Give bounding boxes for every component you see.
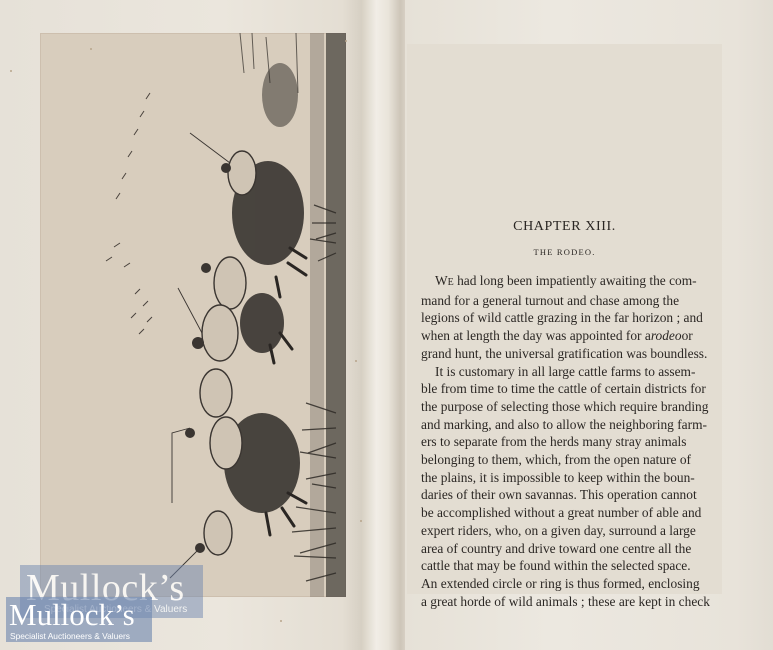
text-line: daries of their own savannas. This opera… bbox=[421, 486, 718, 504]
text-line: legions of wild cattle grazing in the fa… bbox=[421, 309, 718, 327]
engraving-plate bbox=[40, 33, 346, 597]
text-line: a great horde of wild animals ; these ar… bbox=[421, 593, 718, 611]
text-line: the purpose of selecting those which req… bbox=[421, 398, 718, 416]
text-line: It is customary in all large cattle farm… bbox=[421, 363, 718, 381]
book-gutter bbox=[362, 0, 410, 650]
body-text: WE had long been impatiently awaiting th… bbox=[421, 272, 718, 610]
text-line: and marking, and also to allow the neigh… bbox=[421, 416, 718, 434]
text-line: be accomplished without a great number o… bbox=[421, 504, 718, 522]
book-spread: CHAPTER XIII. THE RODEO. WE had long bee… bbox=[0, 0, 773, 650]
watermark-tagline: Specialist Auctioneers & Valuers bbox=[6, 631, 152, 641]
engraving-illustration-icon bbox=[40, 33, 346, 597]
text-line: the plains, it is impossible to keep wit… bbox=[421, 469, 718, 487]
italic-term: rodeo bbox=[651, 328, 682, 343]
text-line: cattle that may be found within the sele… bbox=[421, 557, 718, 575]
text-line: WE had long been impatiently awaiting th… bbox=[421, 272, 718, 292]
text-line: mand for a general turnout and chase amo… bbox=[421, 292, 718, 310]
text-line: expert riders, who, on a given day, surr… bbox=[421, 522, 718, 540]
section-title: THE RODEO. bbox=[407, 247, 722, 257]
text-line: ers to separate from the herds many stra… bbox=[421, 433, 718, 451]
small-caps-opening: WE bbox=[435, 272, 454, 292]
chapter-title: CHAPTER XIII. bbox=[407, 219, 722, 235]
text-line: ble from time to time the cattle of cert… bbox=[421, 380, 718, 398]
text-line: belonging to them, which, from the open … bbox=[421, 451, 718, 469]
text-line: An extended circle or ring is thus forme… bbox=[421, 575, 718, 593]
watermark-name: Mullock’s bbox=[6, 597, 152, 630]
text-line: area of country and drive toward one cen… bbox=[421, 540, 718, 558]
watermark-front: Mullock’s Specialist Auctioneers & Value… bbox=[6, 597, 152, 642]
left-page bbox=[0, 0, 372, 650]
text-line: grand hunt, the universal gratification … bbox=[421, 345, 718, 363]
text-line: when at length the day was appointed for… bbox=[421, 327, 718, 345]
